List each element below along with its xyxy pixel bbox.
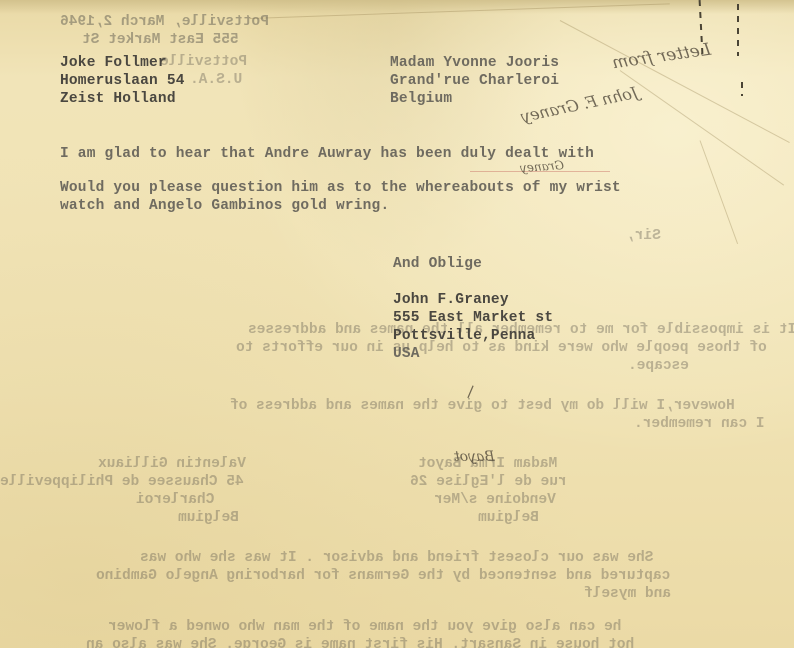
bleed-header-street: 555 East Market St xyxy=(82,32,239,49)
bleed-contact-right-4: Belgium xyxy=(178,510,239,527)
pencil-dash-mark xyxy=(737,4,739,56)
bleed-header-country: U.S.A. xyxy=(190,72,242,89)
handwritten-bleed-name: Bayot xyxy=(436,433,494,481)
recipient-country: Belgium xyxy=(390,91,452,108)
sender-name: Joke Follmer xyxy=(60,55,167,72)
bleed-para1-line3: escape. xyxy=(628,358,689,375)
pencil-dash-mark xyxy=(741,82,743,96)
bleed-header-date: Pottsville, March 2,1946 xyxy=(60,14,269,31)
bleed-contact-right-3: Charleroi xyxy=(136,492,214,509)
handwritten-text: Bayot xyxy=(454,449,495,465)
recipient-name: Madam Yvonne Jooris xyxy=(390,55,559,72)
bleed-contact-right-2: 45 Chaussee de Philippeville xyxy=(0,474,244,491)
bleed-para2-line1: However,I will do my best to give the na… xyxy=(230,398,735,415)
signature-name: John F.Graney xyxy=(393,292,509,309)
handwritten-text: John F. Graney xyxy=(519,83,640,126)
signature-country: USA xyxy=(393,346,420,363)
sender-city: Zeist Holland xyxy=(60,91,176,108)
signature-city: Pottsville,Penna xyxy=(393,328,535,345)
bleed-contact-right-1: Valentin Gilliaux xyxy=(98,456,246,473)
handwritten-note-body: Graney xyxy=(504,144,566,190)
paper-crease xyxy=(700,140,739,244)
bleed-para3-line2: captured and sentenced by the Germans fo… xyxy=(96,568,670,585)
bleed-para4-line1: he can also give you the name of the man… xyxy=(108,619,621,636)
bleed-para2-line2: I can remember. xyxy=(634,416,765,433)
body-line-3: watch and Angelo Gambinos gold wring. xyxy=(60,198,389,215)
sender-street: Homeruslaan 54 xyxy=(60,73,185,90)
bleed-salutation: Sir, xyxy=(626,228,661,245)
bleed-header-city: Pottsville xyxy=(160,54,247,71)
handwritten-text: Graney xyxy=(520,158,565,175)
bleed-para4-line2: hot house in Sansart. His first name is … xyxy=(86,637,634,648)
bleed-para3-line1: She was our closest friend and advisor .… xyxy=(140,550,653,567)
bleed-contact-left-3: Vendoine s/Mer xyxy=(434,492,556,509)
letter-page: Pottsville, March 2,1946 555 East Market… xyxy=(0,0,794,648)
closing: And Oblige xyxy=(393,256,482,273)
signature-street: 555 East Market st xyxy=(393,310,553,327)
bleed-contact-left-4: Belgium xyxy=(478,510,539,527)
bleed-para3-line3: and myself xyxy=(584,586,671,603)
